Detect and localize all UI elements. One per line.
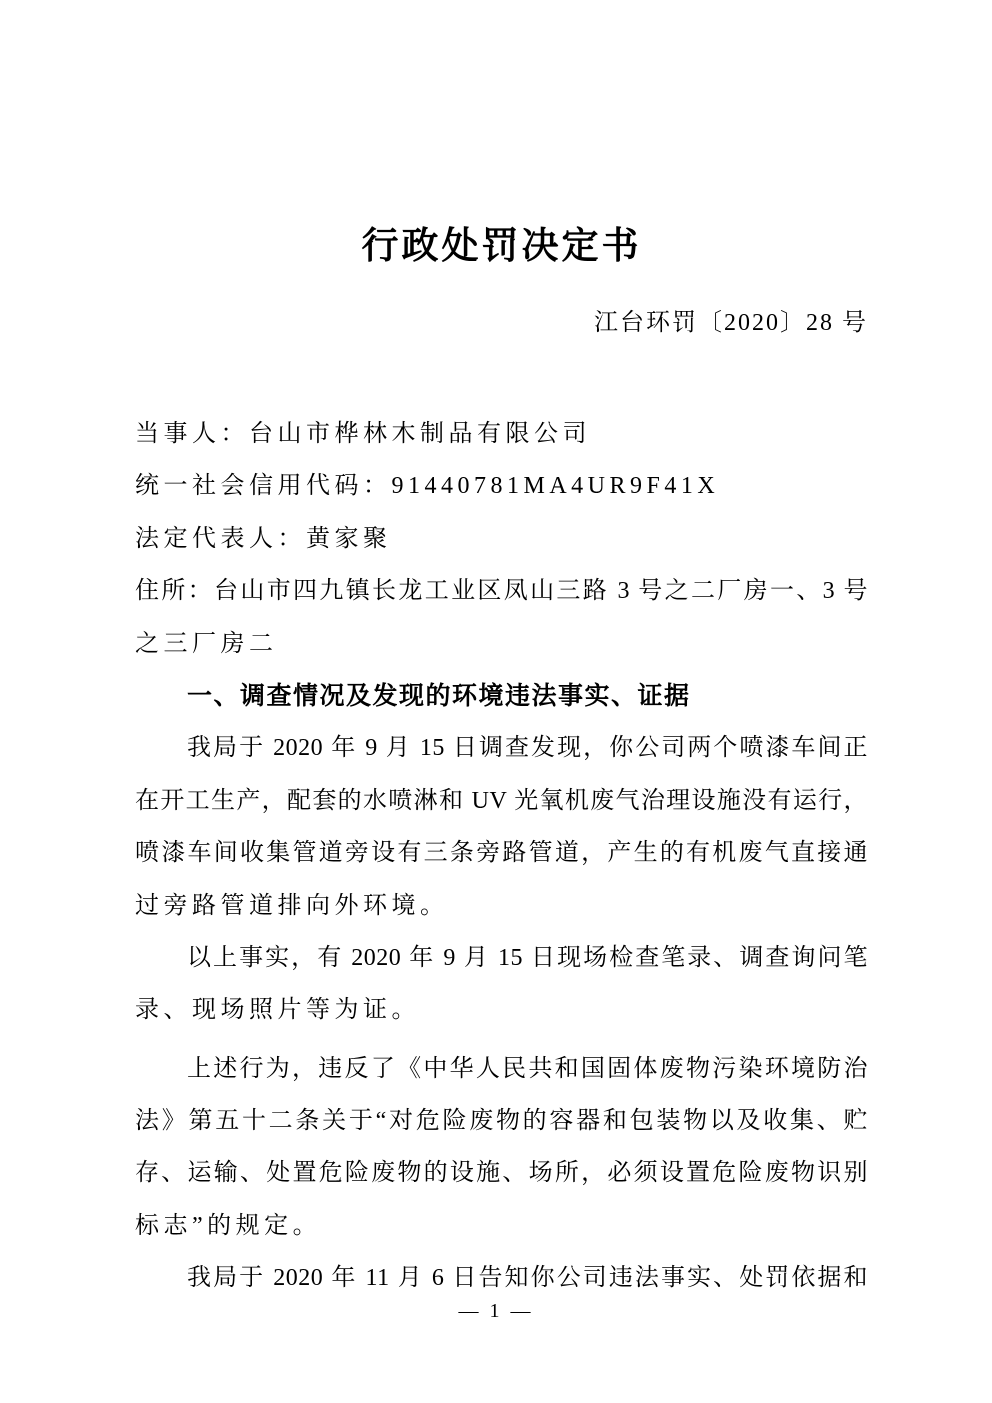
document-body: 当事人：台山市桦林木制品有限公司统一社会信用代码：91440781MA4UR9F… [135, 408, 868, 1305]
body-line: 以上事实，有 2020 年 9 月 15 日现场检查笔录、调查询问笔 [135, 932, 868, 984]
page-number: — 1 — [0, 1300, 992, 1323]
address-line-2: 之三厂房二 [135, 618, 868, 670]
document-page: 行政处罚决定书 江台环罚〔2020〕28 号 当事人：台山市桦林木制品有限公司统… [0, 0, 992, 1403]
body-line: 标志”的规定。 [135, 1200, 868, 1252]
section-one-heading: 一、调查情况及发现的环境违法事实、证据 [135, 670, 868, 722]
party-line: 当事人：台山市桦林木制品有限公司 [135, 408, 868, 460]
document-number: 江台环罚〔2020〕28 号 [135, 308, 868, 338]
document-title: 行政处罚决定书 [135, 224, 868, 270]
body-line: 录、现场照片等为证。 [135, 984, 868, 1036]
body-line: 我局于 2020 年 9 月 15 日调查发现，你公司两个喷漆车间正 [135, 722, 868, 774]
address-line-1: 住所：台山市四九镇长龙工业区凤山三路 3 号之二厂房一、3 号 [135, 565, 868, 617]
body-line: 过旁路管道排向外环境。 [135, 880, 868, 932]
credit-code-line: 统一社会信用代码：91440781MA4UR9F41X [135, 460, 868, 512]
body-line: 存、运输、处置危险废物的设施、场所，必须设置危险废物识别 [135, 1147, 868, 1199]
body-line: 上述行为，违反了《中华人民共和国固体废物污染环境防治 [135, 1043, 868, 1095]
body-line: 我局于 2020 年 11 月 6 日告知你公司违法事实、处罚依据和 [135, 1252, 868, 1304]
body-line: 法》第五十二条关于“对危险废物的容器和包装物以及收集、贮 [135, 1095, 868, 1147]
body-line: 喷漆车间收集管道旁设有三条旁路管道，产生的有机废气直接通 [135, 827, 868, 879]
legal-representative-line: 法定代表人：黄家聚 [135, 513, 868, 565]
body-line: 在开工生产，配套的水喷淋和 UV 光氧机废气治理设施没有运行， [135, 775, 868, 827]
document-content: 行政处罚决定书 江台环罚〔2020〕28 号 当事人：台山市桦林木制品有限公司统… [135, 224, 868, 1305]
